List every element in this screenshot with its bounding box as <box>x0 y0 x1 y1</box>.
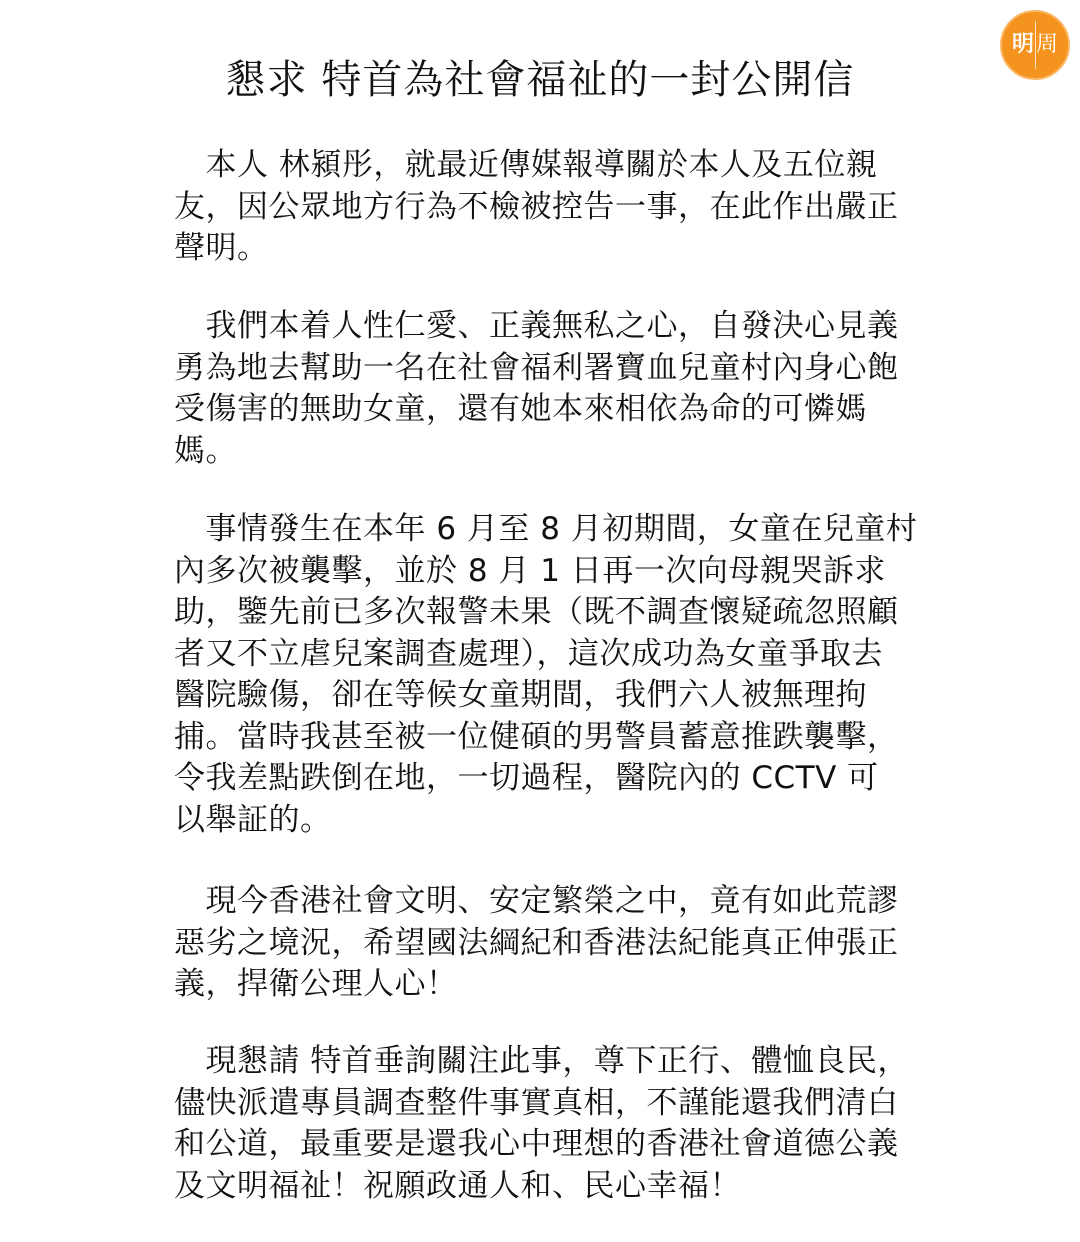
paragraph-line: 儘快派遣專員調查整件事實真相，不謹能還我們清白 <box>174 1083 914 1125</box>
paragraph-incident: 事情發生在本年 6 月至 8 月初期間，女童在兒童村 內多次被襲擊，並於 8 月… <box>174 509 914 841</box>
paragraph-line: 本人 林潁彤，就最近傳媒報導關於本人及五位親 <box>174 145 914 187</box>
paragraph-line: 事情發生在本年 6 月至 8 月初期間，女童在兒童村 <box>174 509 914 551</box>
paragraph-line: 現懇請 特首垂詢關注此事，尊下正行、體恤良民， <box>174 1041 914 1083</box>
paragraph-line: 內多次被襲擊，並於 8 月 1 日再一次向母親哭訴求 <box>174 551 914 593</box>
paragraph-line: 捕。當時我甚至被一位健碩的男警員蓄意推跌襲擊， <box>174 717 914 759</box>
paragraph-line: 聲明。 <box>174 228 914 270</box>
paragraph-statement: 本人 林潁彤，就最近傳媒報導關於本人及五位親 友，因公眾地方行為不檢被控告一事，… <box>174 145 914 270</box>
paragraph-line: 和公道，最重要是還我心中理想的香港社會道德公義 <box>174 1124 914 1166</box>
paragraph-line: 勇為地去幫助一名在社會福利署寶血兒童村內身心飽 <box>174 348 914 390</box>
paragraph-line: 以舉証的。 <box>174 800 914 842</box>
paragraph-line: 及文明福祉！祝願政通人和、民心幸福！ <box>174 1166 914 1208</box>
paragraph-line: 者又不立虐兒案調查處理），這次成功為女童爭取去 <box>174 634 914 676</box>
paragraph-motivation: 我們本着人性仁愛、正義無私之心，自發決心見義 勇為地去幫助一名在社會福利署寶血兒… <box>174 306 914 472</box>
paragraph-line: 媽。 <box>174 431 914 473</box>
paragraph-line: 現今香港社會文明、安定繁榮之中，竟有如此荒謬 <box>174 881 914 923</box>
paragraph-appeal: 現懇請 特首垂詢關注此事，尊下正行、體恤良民， 儘快派遣專員調查整件事實真相，不… <box>174 1041 914 1207</box>
paragraph-line: 友，因公眾地方行為不檢被控告一事，在此作出嚴正 <box>174 187 914 229</box>
letter-title: 懇求 特首為社會福祉的一封公開信 <box>0 52 1080 108</box>
paragraph-line: 義，捍衛公理人心！ <box>174 964 914 1006</box>
paragraph-line: 我們本着人性仁愛、正義無私之心，自發決心見義 <box>174 306 914 348</box>
paragraph-line: 令我差點跌倒在地，一切過程，醫院內的 CCTV 可 <box>174 758 914 800</box>
paragraph-justice: 現今香港社會文明、安定繁榮之中，竟有如此荒謬 惡劣之境況，希望國法綱紀和香港法紀… <box>174 881 914 1006</box>
paragraph-line: 助，鑒先前已多次報警未果（既不調查懷疑疏忽照顧 <box>174 592 914 634</box>
paragraph-line: 醫院驗傷，卻在等候女童期間，我們六人被無理拘 <box>174 675 914 717</box>
paragraph-line: 受傷害的無助女童，還有她本來相依為命的可憐媽 <box>174 389 914 431</box>
paragraph-line: 惡劣之境況，希望國法綱紀和香港法紀能真正伸張正 <box>174 923 914 965</box>
